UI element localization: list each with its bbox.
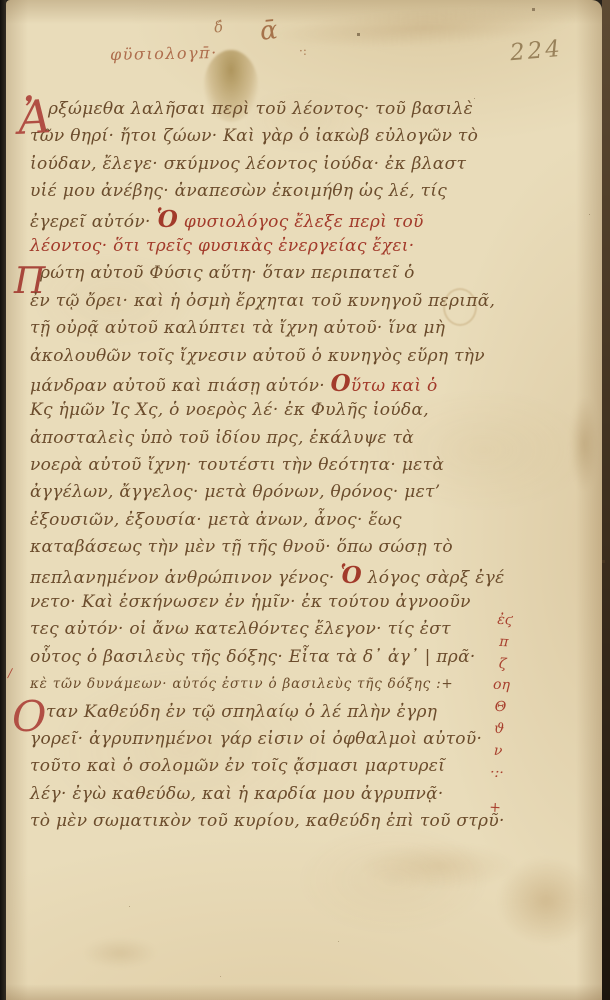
text-segment: ἀγγέλων, ἄγγελος· μετὰ θρόνων, θρόνος· μ…: [30, 482, 440, 502]
text-segment: φυσιολόγος ἔλεξε περὶ τοῦ: [178, 212, 424, 232]
text-segment: τῇ οὐρᾷ αὐτοῦ καλύπτει τὰ ἴχνη αὐτοῦ· ἵν…: [30, 318, 445, 338]
text-line: ἐξουσιῶν, ἐξουσία· μετὰ ἀνων, ἆνος· ἕως: [30, 507, 480, 534]
text-segment: λέοντος· ὅτι τρεῖς φυσικὰς ἐνεργείας ἔχε…: [30, 236, 414, 256]
gloss-char: +: [489, 800, 502, 817]
text-line: ταν Καθεύδη ἐν τῷ σπηλαίῳ ὁ λέ πλὴν ἐγρη: [30, 699, 480, 726]
text-segment: ἐν τῷ ὄρει· καὶ ἡ ὀσμὴ ἔρχηται τοῦ κυνηγ…: [30, 291, 495, 311]
text-segment: ἰούδαν, ἔλεγε· σκύμνος λέοντος ἰούδα· ἐκ…: [30, 154, 466, 174]
text-segment: λόγος σὰρξ ἐγέ: [362, 568, 504, 588]
text-segment: ἀποσταλεὶς ὑπὸ τοῦ ἰδίου πρς, ἐκάλυψε τὰ: [30, 428, 414, 448]
gloss-char: π: [499, 634, 509, 651]
text-segment: Ὁ: [340, 562, 362, 589]
text-line: πεπλανημένον ἀνθρώπινον γένος· Ὁ λόγος σ…: [30, 562, 480, 589]
gloss-char: ἐϛ: [497, 612, 513, 630]
text-segment: ταν Καθεύδη ἐν τῷ σπηλαίῳ ὁ λέ πλὴν ἐγρη: [46, 702, 437, 722]
text-line: οὗτος ὁ βασιλεὺς τῆς δόξης· Εἶτα τὰ δ᾽ ἀ…: [30, 644, 480, 671]
text-line: γορεῖ· ἀγρυπνημένοι γάρ εἰσιν οἱ ὀφθαλμο…: [30, 726, 480, 753]
text-line: τοῦτο καὶ ὁ σολομῶν ἐν τοῖς ᾄσμασι μαρτυ…: [30, 753, 480, 780]
text-segment: τῶν θηρί· ἤτοι ζώων· Καὶ γὰρ ὁ ἰακὼβ εὐλ…: [30, 126, 478, 146]
text-line: ἀγγέλων, ἄγγελος· μετὰ θρόνων, θρόνος· μ…: [30, 479, 480, 506]
text-segment: γορεῖ· ἀγρυπνημένοι γάρ εἰσιν οἱ ὀφθαλμο…: [30, 729, 482, 749]
text-line: νοερὰ αὐτοῦ ἴχνη· τουτέστι τὴν θεότητα· …: [30, 452, 480, 479]
text-segment: κὲ τῶν δυνάμεων· αὐτός ἐστιν ὁ βασιλεὺς …: [30, 676, 454, 692]
text-segment: ἀκολουθῶν τοῖς ἴχνεσιν αὐτοῦ ὁ κυνηγὸς ε…: [30, 346, 485, 366]
text-segment: υἱέ μου ἀνέβης· ἀναπεσὼν ἐκοιμήθη ὡς λέ,…: [30, 181, 447, 201]
text-line: τῶν θηρί· ἤτοι ζώων· Καὶ γὰρ ὁ ἰακὼβ εὐλ…: [30, 123, 480, 150]
text-segment: ἐξουσιῶν, ἐξουσία· μετὰ ἀνων, ἆνος· ἕως: [30, 510, 402, 530]
page-stack-edge: [602, 0, 610, 1000]
text-line: ἐγερεῖ αὐτόν· Ὁ φυσιολόγος ἔλεξε περὶ το…: [30, 206, 480, 233]
ink-specks: [6, 0, 7, 1]
text-line: ἐν τῷ ὄρει· καὶ ἡ ὀσμὴ ἔρχηται τοῦ κυνηγ…: [30, 288, 480, 315]
text-line: μάνδραν αὐτοῦ καὶ πιάσῃ αὐτόν· Οὕτω καὶ …: [30, 370, 480, 397]
text-segment: μάνδραν αὐτοῦ καὶ πιάσῃ αὐτόν·: [30, 376, 331, 396]
gloss-char: ϑ: [494, 721, 505, 738]
gloss-char: οη: [493, 677, 511, 695]
text-line: νετο· Καὶ ἐσκήνωσεν ἐν ἡμῖν· ἐκ τούτου ἀ…: [30, 589, 480, 616]
text-line: ρξώμεθα λαλῆσαι περὶ τοῦ λέοντος· τοῦ βα…: [30, 96, 480, 123]
manuscript-photo: φϋσιολογπ̄· δ́ ᾱ ·: 224 Ἀ Π Ο ρξώμεθα λα…: [0, 0, 610, 1000]
stain: [498, 858, 594, 944]
running-title: φϋσιολογπ̄·: [110, 43, 218, 64]
title-dots: ·:: [299, 44, 307, 58]
text-segment: Κς ἡμῶν Ἰς Χς, ὁ νοερὸς λέ· ἐκ Φυλῆς ἰού…: [30, 400, 429, 420]
parchment-page: φϋσιολογπ̄· δ́ ᾱ ·: 224 Ἀ Π Ο ρξώμεθα λα…: [6, 0, 602, 1000]
text-segment: νοερὰ αὐτοῦ ἴχνη· τουτέστι τὴν θεότητα· …: [30, 455, 444, 475]
text-lines: ρξώμεθα λαλῆσαι περὶ τοῦ λέοντος· τοῦ βα…: [30, 96, 480, 836]
title-ornament-right: ᾱ: [258, 15, 279, 47]
text-segment: νετο· Καὶ ἐσκήνωσεν ἐν ἡμῖν· ἐκ τούτου ἀ…: [30, 592, 471, 612]
text-segment: τὸ μὲν σωματικὸν τοῦ κυρίου, καθεύδη ἐπὶ…: [30, 811, 505, 831]
stain: [362, 843, 516, 889]
text-line: τῇ οὐρᾷ αὐτοῦ καλύπτει τὰ ἴχνη αὐτοῦ· ἵν…: [30, 315, 480, 342]
text-segment: ἐγερεῖ αὐτόν·: [30, 212, 156, 232]
text-segment: οὗτος ὁ βασιλεὺς τῆς δόξης· Εἶτα τὰ δ᾽ ἀ…: [30, 647, 476, 667]
stain: [84, 938, 156, 968]
margin-gloss: ἐϛπζοηΘϑν·:·+: [479, 611, 522, 818]
gloss-char: ν: [493, 743, 502, 760]
text-line: τὸ μὲν σωματικὸν τοῦ κυρίου, καθεύδη ἐπὶ…: [30, 808, 480, 835]
text-segment: πεπλανημένον ἀνθρώπινον γένος·: [30, 568, 340, 588]
text-segment: Ο: [331, 370, 351, 397]
margin-mark: ∕: [8, 666, 12, 680]
text-line: λέοντος· ὅτι τρεῖς φυσικὰς ἐνεργείας ἔχε…: [30, 233, 480, 260]
text-segment: ρξώμεθα λαλῆσαι περὶ τοῦ λέοντος· τοῦ βα…: [48, 99, 473, 119]
text-line: κὲ τῶν δυνάμεων· αὐτός ἐστιν ὁ βασιλεὺς …: [30, 671, 480, 698]
title-ornament-left: δ́: [213, 17, 224, 36]
text-line: ἀκολουθῶν τοῖς ἴχνεσιν αὐτοῦ ὁ κυνηγὸς ε…: [30, 343, 480, 370]
text-segment: ρώτη αὐτοῦ Φύσις αὕτη· ὅταν περιπατεῖ ὁ: [40, 263, 415, 283]
text-segment: Ὁ: [156, 206, 178, 233]
text-line: καταβάσεως τὴν μὲν τῇ τῆς θνοῦ· ὅπω σώσῃ…: [30, 534, 480, 561]
text-line: υἱέ μου ἀνέβης· ἀναπεσὼν ἐκοιμήθη ὡς λέ,…: [30, 178, 480, 205]
text-segment: ὕτω καὶ ὁ: [351, 376, 438, 396]
text-line: Κς ἡμῶν Ἰς Χς, ὁ νοερὸς λέ· ἐκ Φυλῆς ἰού…: [30, 397, 480, 424]
text-segment: τες αὐτόν· οἱ ἄνω κατελθόντες ἔλεγον· τί…: [30, 619, 451, 639]
text-segment: τοῦτο καὶ ὁ σολομῶν ἐν τοῖς ᾄσμασι μαρτυ…: [30, 756, 445, 776]
text-line: τες αὐτόν· οἱ ἄνω κατελθόντες ἔλεγον· τί…: [30, 616, 480, 643]
folio-number: 224: [509, 36, 564, 67]
text-line: λέγ· ἐγὼ καθεύδω, καὶ ἡ καρδία μου ἀγρυπ…: [30, 781, 480, 808]
gloss-char: ζ: [498, 655, 506, 672]
gloss-char: ·:·: [490, 764, 504, 781]
stain: [570, 398, 598, 490]
text-line: ἰούδαν, ἔλεγε· σκύμνος λέοντος ἰούδα· ἐκ…: [30, 151, 480, 178]
text-line: ρώτη αὐτοῦ Φύσις αὕτη· ὅταν περιπατεῖ ὁ: [30, 260, 480, 287]
text-line: ἀποσταλεὶς ὑπὸ τοῦ ἰδίου πρς, ἐκάλυψε τὰ: [30, 425, 480, 452]
text-segment: λέγ· ἐγὼ καθεύδω, καὶ ἡ καρδία μου ἀγρυπ…: [30, 784, 444, 804]
gloss-char: Θ: [494, 699, 506, 716]
text-segment: καταβάσεως τὴν μὲν τῇ τῆς θνοῦ· ὅπω σώσῃ…: [30, 537, 453, 557]
